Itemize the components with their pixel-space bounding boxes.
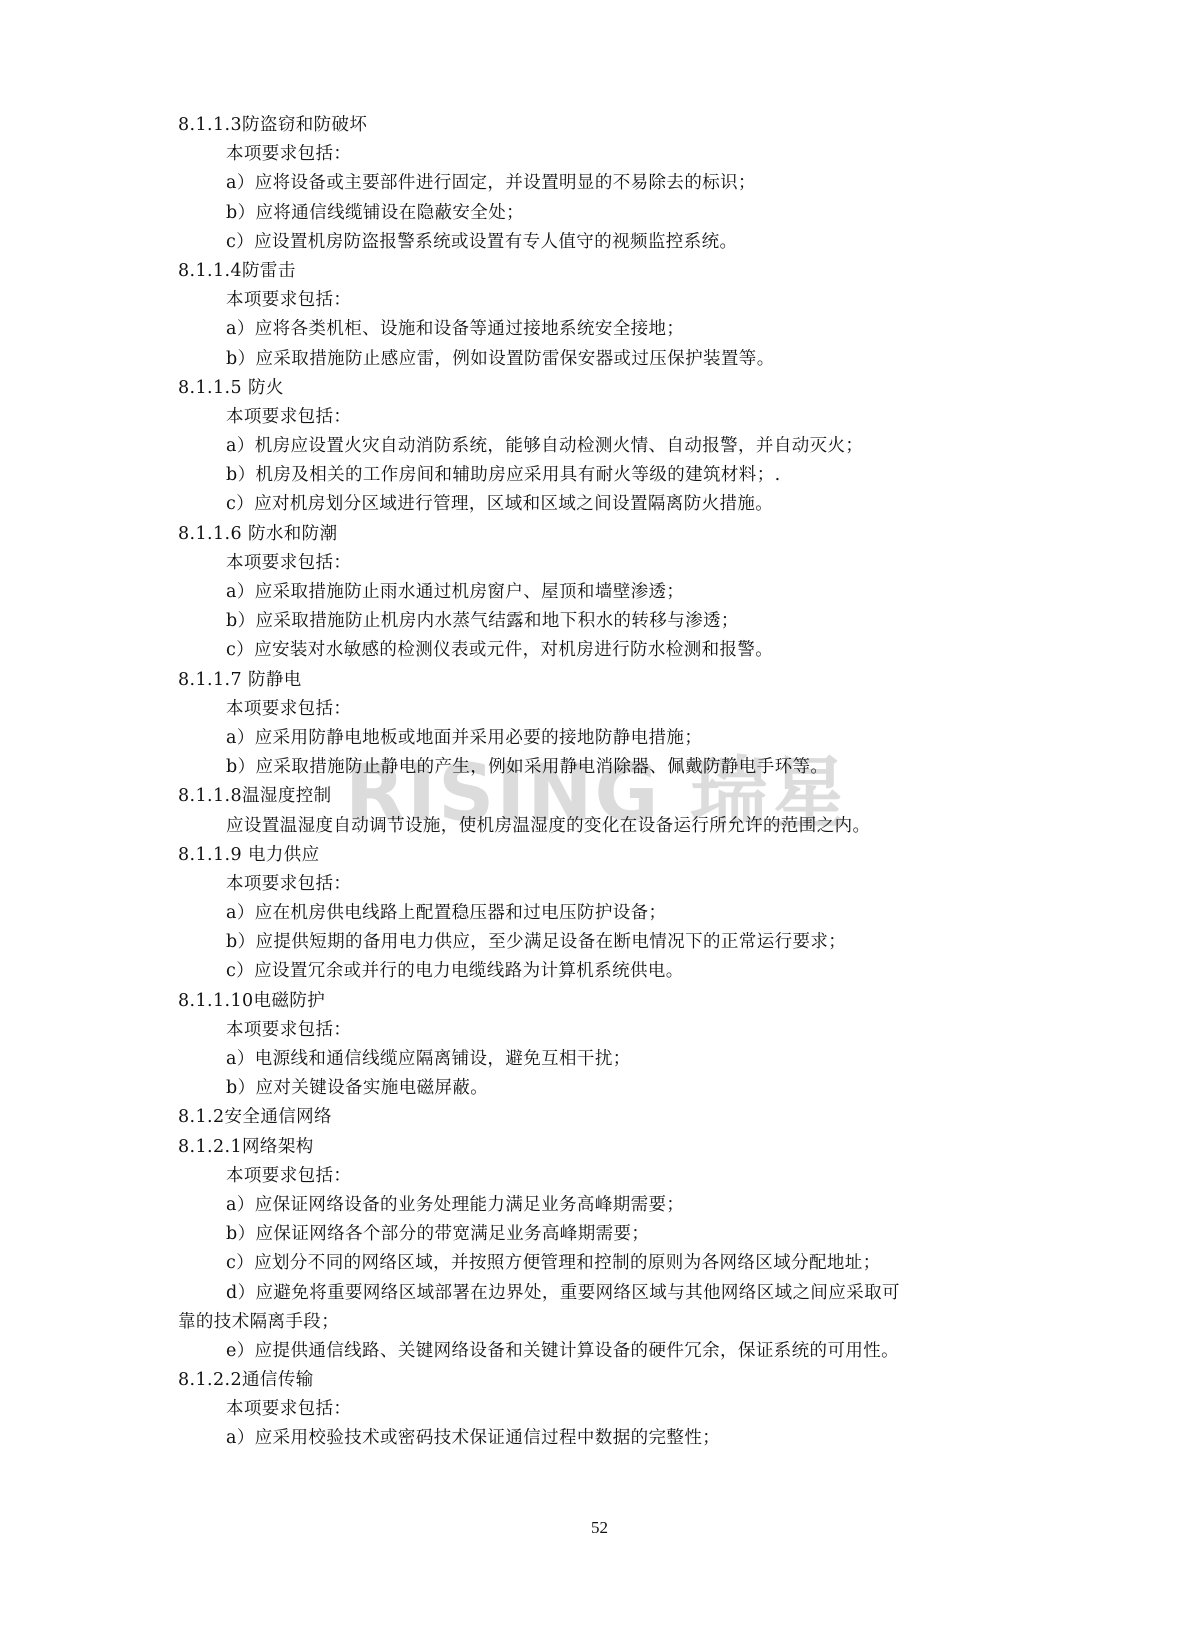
list-item: a）机房应设置火灾自动消防系统，能够自动检测火情、自动报警，并自动灭火；: [178, 432, 1008, 461]
page-number: 52: [0, 1518, 1199, 1538]
list-item: a）应将各类机柜、设施和设备等通过接地系统安全接地；: [178, 315, 1008, 344]
section-heading: 8.1.1.3防盗窃和防破坏: [178, 111, 1008, 140]
subsection-heading: 8.1.2.2通信传输: [178, 1366, 1008, 1395]
intro-text: 本项要求包括：: [178, 695, 1008, 724]
list-item: c）应安装对水敏感的检测仪表或元件，对机房进行防水检测和报警。: [178, 636, 1008, 665]
list-item: b）应采取措施防止机房内水蒸气结露和地下积水的转移与渗透；: [178, 607, 1008, 636]
list-item: a）电源线和通信线缆应隔离铺设，避免互相干扰；: [178, 1045, 1008, 1074]
list-item: b）应保证网络各个部分的带宽满足业务高峰期需要；: [178, 1220, 1008, 1249]
intro-text: 本项要求包括：: [178, 1395, 1008, 1424]
list-item: b）应提供短期的备用电力供应，至少满足设备在断电情况下的正常运行要求；: [178, 928, 1008, 957]
section-heading: 8.1.1.10电磁防护: [178, 987, 1008, 1016]
list-item-continuation: 靠的技术隔离手段；: [178, 1308, 1008, 1337]
intro-text: 本项要求包括：: [178, 403, 1008, 432]
intro-text: 本项要求包括：: [178, 1016, 1008, 1045]
list-item: b）机房及相关的工作房间和辅助房应采用具有耐火等级的建筑材料；.: [178, 461, 1008, 490]
list-item: c）应设置冗余或并行的电力电缆线路为计算机系统供电。: [178, 957, 1008, 986]
list-item: a）应将设备或主要部件进行固定，并设置明显的不易除去的标识；: [178, 169, 1008, 198]
section-heading: 8.1.1.7 防静电: [178, 666, 1008, 695]
list-item: a）应在机房供电线路上配置稳压器和过电压防护设备；: [178, 899, 1008, 928]
intro-text: 本项要求包括：: [178, 870, 1008, 899]
list-item: a）应采取措施防止雨水通过机房窗户、屋顶和墙壁渗透；: [178, 578, 1008, 607]
section-heading: 8.1.1.4防雷击: [178, 257, 1008, 286]
list-item: b）应将通信线缆铺设在隐蔽安全处；: [178, 199, 1008, 228]
section-heading: 8.1.1.6 防水和防潮: [178, 520, 1008, 549]
list-item: b）应采取措施防止静电的产生，例如采用静电消除器、佩戴防静电手环等。: [178, 753, 1008, 782]
document-body: 8.1.1.3防盗窃和防破坏 本项要求包括： a）应将设备或主要部件进行固定，并…: [178, 111, 1008, 1454]
list-item: c）应划分不同的网络区域，并按照方便管理和控制的原则为各网络区域分配地址；: [178, 1249, 1008, 1278]
list-item: a）应采用防静电地板或地面并采用必要的接地防静电措施；: [178, 724, 1008, 753]
list-item: c）应对机房划分区域进行管理，区域和区域之间设置隔离防火措施。: [178, 490, 1008, 519]
intro-text: 本项要求包括：: [178, 549, 1008, 578]
list-item: d）应避免将重要网络区域部署在边界处，重要网络区域与其他网络区域之间应采取可: [178, 1279, 1008, 1308]
section-heading: 8.1.2安全通信网络: [178, 1103, 1008, 1132]
intro-text: 本项要求包括：: [178, 1162, 1008, 1191]
list-item: a）应保证网络设备的业务处理能力满足业务高峰期需要；: [178, 1191, 1008, 1220]
list-item: a）应采用校验技术或密码技术保证通信过程中数据的完整性；: [178, 1424, 1008, 1453]
section-heading: 8.1.1.8温湿度控制: [178, 782, 1008, 811]
section-heading: 8.1.1.9 电力供应: [178, 841, 1008, 870]
intro-text: 本项要求包括：: [178, 286, 1008, 315]
document-page: RISING 瑞星 8.1.1.3防盗窃和防破坏 本项要求包括： a）应将设备或…: [0, 0, 1199, 1627]
list-item: b）应对关键设备实施电磁屏蔽。: [178, 1074, 1008, 1103]
subsection-heading: 8.1.2.1网络架构: [178, 1133, 1008, 1162]
list-item: b）应采取措施防止感应雷，例如设置防雷保安器或过压保护装置等。: [178, 345, 1008, 374]
section-heading: 8.1.1.5 防火: [178, 374, 1008, 403]
intro-text: 本项要求包括：: [178, 140, 1008, 169]
list-item: e）应提供通信线路、关键网络设备和关键计算设备的硬件冗余，保证系统的可用性。: [178, 1337, 1008, 1366]
body-paragraph: 应设置温湿度自动调节设施，使机房温湿度的变化在设备运行所允许的范围之内。: [178, 812, 1008, 841]
list-item: c）应设置机房防盗报警系统或设置有专人值守的视频监控系统。: [178, 228, 1008, 257]
